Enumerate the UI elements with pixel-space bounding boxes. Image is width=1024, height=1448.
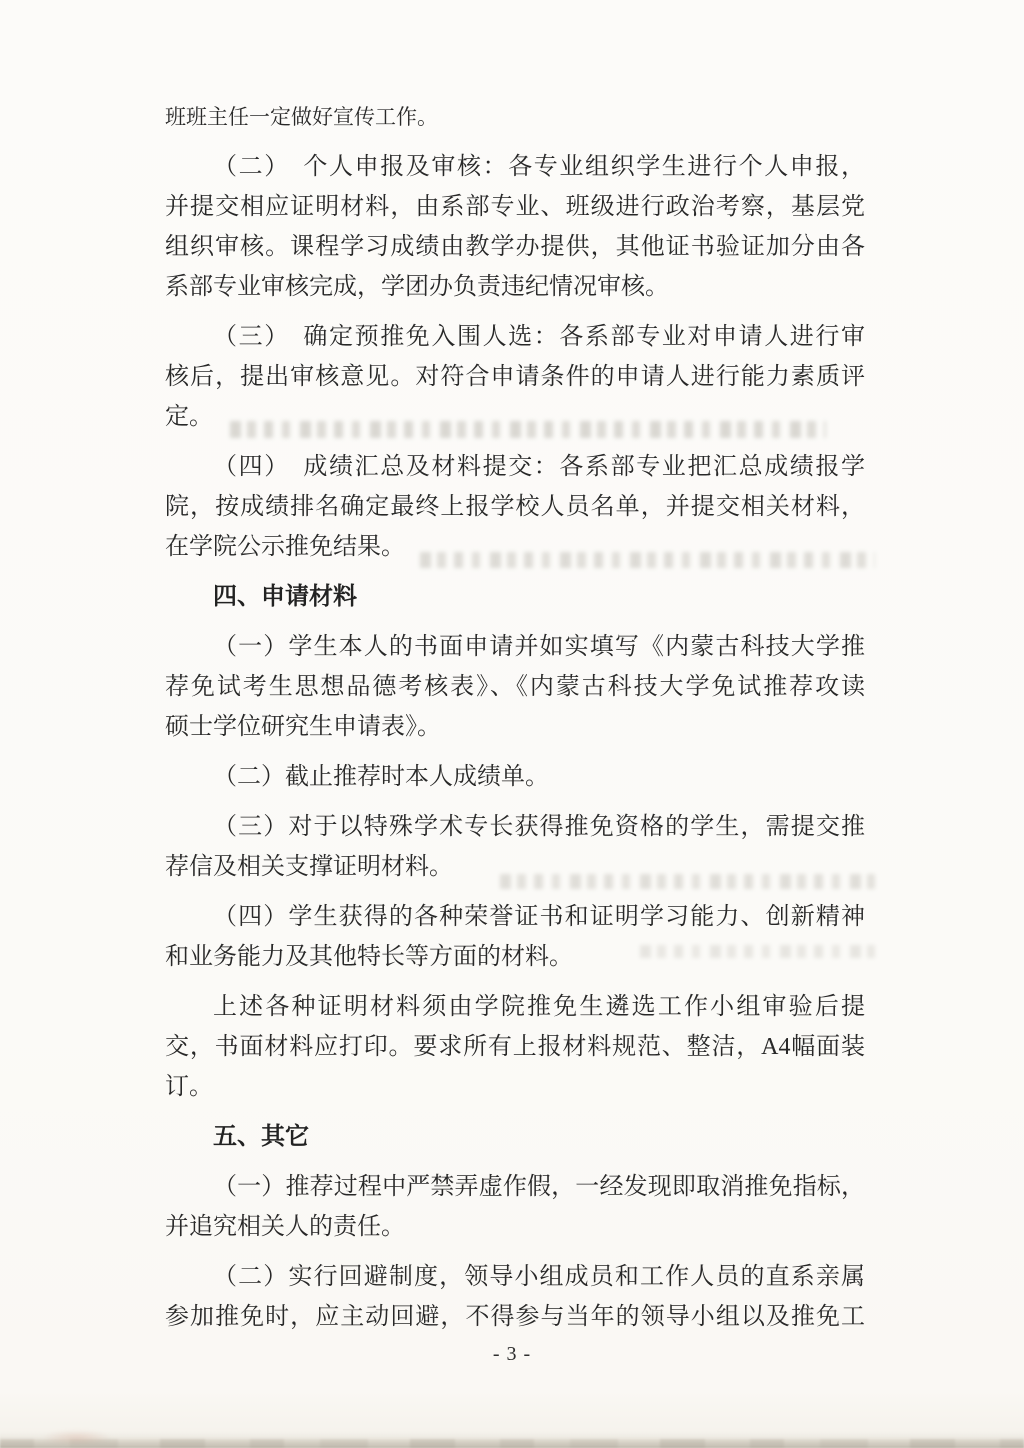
bleedthrough-artifact: [640, 945, 875, 958]
text-line: 核后，提出审核意见。对符合申请条件的申请人进行能力素质评: [165, 357, 865, 397]
text-line: （一）推荐过程中严禁弄虚作假，一经发现即取消推免指标，: [165, 1167, 865, 1207]
text-line: （二）实行回避制度，领导小组成员和工作人员的直系亲属: [165, 1257, 865, 1297]
document-page: 班班主任一定做好宣传工作。（二） 个人申报及审核：各专业组织学生进行个人申报，并…: [0, 0, 1024, 1448]
text-line: （四）学生获得的各种荣誉证书和证明学习能力、创新精神: [165, 897, 865, 937]
text-line: 并提交相应证明材料，由系部专业、班级进行政治考察，基层党: [165, 187, 865, 227]
section-heading: 四、申请材料: [165, 577, 865, 617]
text-line: （一）学生本人的书面申请并如实填写《内蒙古科技大学推: [165, 627, 865, 667]
text-line: 系部专业审核完成，学团办负责违纪情况审核。: [165, 267, 865, 307]
text-line: （二）截止推荐时本人成绩单。: [165, 757, 865, 797]
text-line: （三）对于以特殊学术专长获得推免资格的学生，需提交推: [165, 807, 865, 847]
text-line: 组织审核。课程学习成绩由教学办提供，其他证书验证加分由各: [165, 227, 865, 267]
section-heading: 五、其它: [165, 1117, 865, 1157]
text-line: 院，按成绩排名确定最终上报学校人员名单，并提交相关材料，: [165, 487, 865, 527]
text-line: 硕士学位研究生申请表》。: [165, 707, 865, 747]
text-line: 班班主任一定做好宣传工作。: [165, 97, 865, 137]
text-line: 荐免试考生思想品德考核表》、《内蒙古科技大学免试推荐攻读: [165, 667, 865, 707]
text-line: 交，书面材料应打印。要求所有上报材料规范、整洁，A4幅面装: [165, 1027, 865, 1067]
bleedthrough-artifact: [500, 874, 875, 889]
text-line: （四） 成绩汇总及材料提交：各系部专业把汇总成绩报学: [165, 447, 865, 487]
text-line: （三） 确定预推免入围人选：各系部专业对申请人进行审: [165, 317, 865, 357]
scan-edge-artifact: [0, 1432, 1024, 1448]
document-body: 班班主任一定做好宣传工作。（二） 个人申报及审核：各专业组织学生进行个人申报，并…: [165, 97, 865, 1337]
text-line: 订。: [165, 1067, 865, 1107]
page-number: - 3 -: [0, 1340, 1024, 1368]
text-line: 并追究相关人的责任。: [165, 1207, 865, 1247]
text-line: 上述各种证明材料须由学院推免生遴选工作小组审验后提: [165, 987, 865, 1027]
text-line: 参加推免时，应主动回避，不得参与当年的领导小组以及推免工: [165, 1297, 865, 1337]
text-line: （二） 个人申报及审核：各专业组织学生进行个人申报，: [165, 147, 865, 187]
bleedthrough-artifact: [420, 552, 875, 568]
bleedthrough-artifact: [230, 421, 826, 438]
